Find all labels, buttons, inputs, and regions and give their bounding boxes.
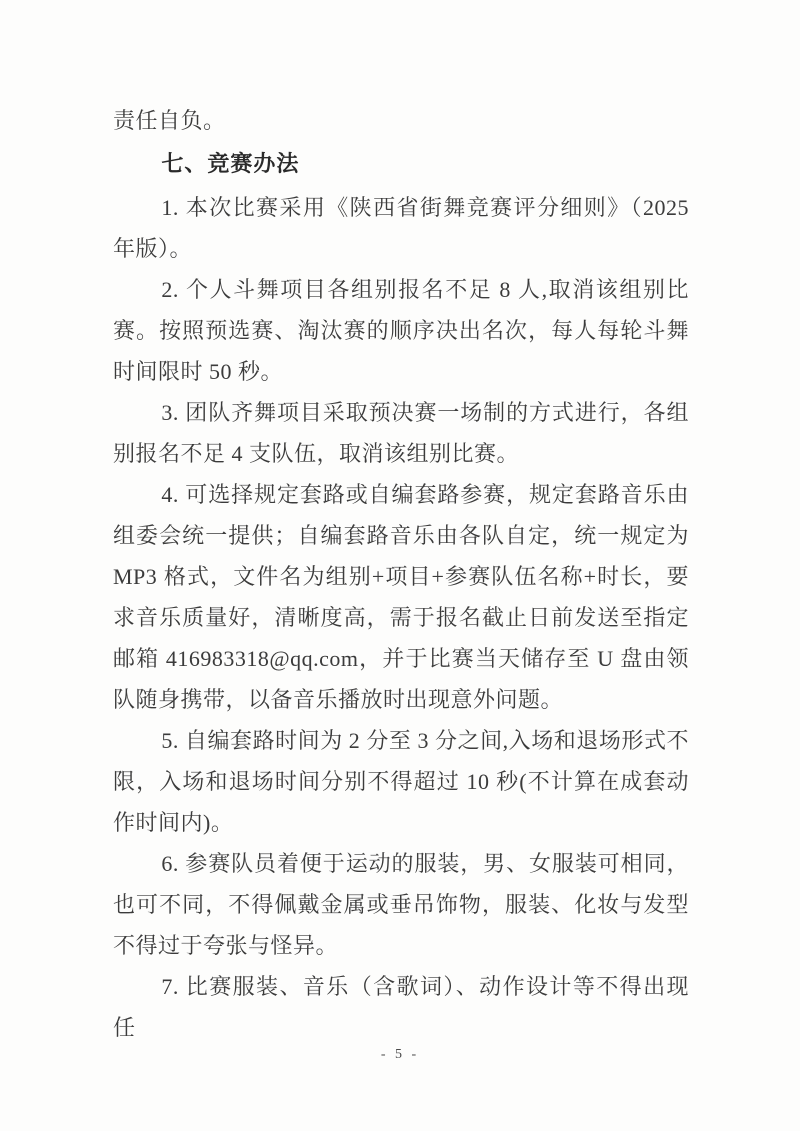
paragraph-item-6: 6. 参赛队员着便于运动的服装，男、女服装可相同，也可不同，不得佩戴金属或垂吊饰… [113,843,689,966]
paragraph-item-7: 7. 比赛服装、音乐（含歌词）、动作设计等不得出现任 [113,966,689,1048]
paragraph-item-4: 4. 可选择规定套路或自编套路参赛，规定套路音乐由组委会统一提供；自编套路音乐由… [113,474,689,720]
paragraph-item-1: 1. 本次比赛采用《陕西省街舞竞赛评分细则》（2025 年版）。 [113,187,689,269]
document-body: 责任自负。 七、竞赛办法 1. 本次比赛采用《陕西省街舞竞赛评分细则》（2025… [113,100,689,1048]
paragraph-item-3: 3. 团队齐舞项目采取预决赛一场制的方式进行，各组别报名不足 4 支队伍，取消该… [113,392,689,474]
paragraph-item-5: 5. 自编套路时间为 2 分至 3 分之间,入场和退场形式不限，入场和退场时间分… [113,720,689,843]
page-footer: - 5 - [0,1047,800,1063]
paragraph-item-2: 2. 个人斗舞项目各组别报名不足 8 人,取消该组别比赛。按照预选赛、淘汰赛的顺… [113,269,689,392]
section-heading: 七、竞赛办法 [113,141,689,187]
paragraph-continuation: 责任自负。 [113,100,689,141]
document-page: 责任自负。 七、竞赛办法 1. 本次比赛采用《陕西省街舞竞赛评分细则》（2025… [0,0,800,1131]
page-number: - 5 - [381,1047,419,1062]
